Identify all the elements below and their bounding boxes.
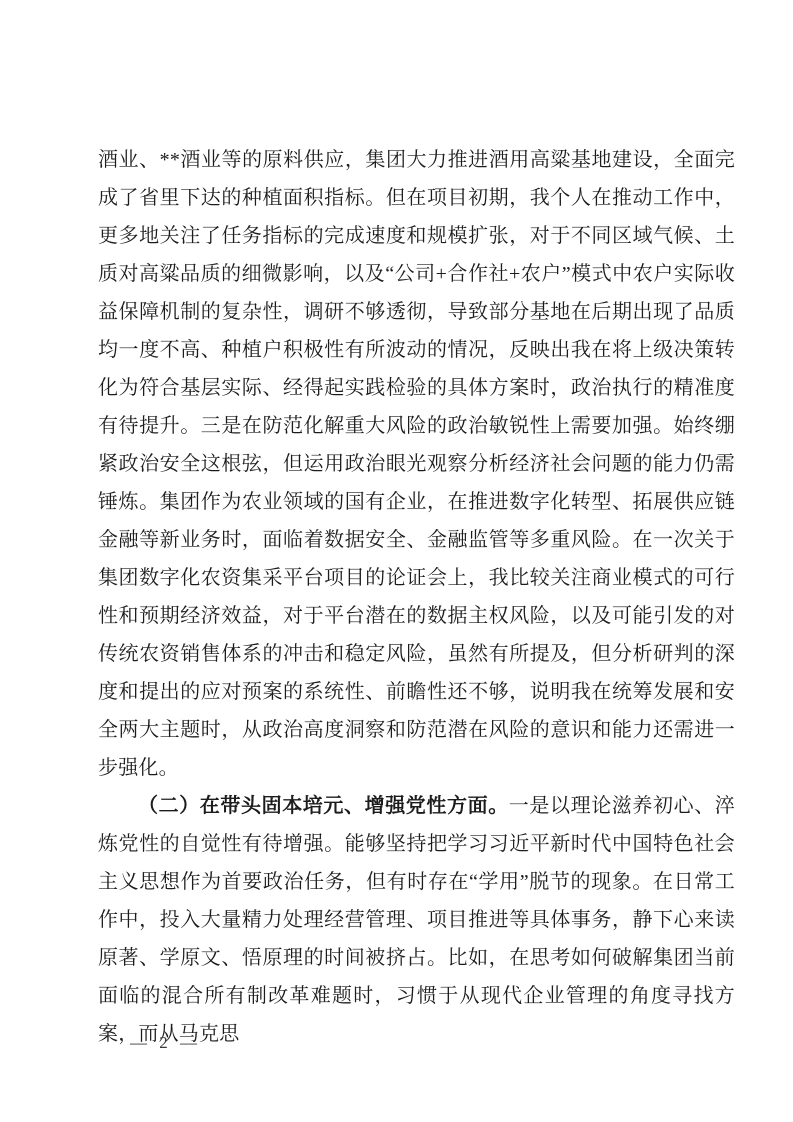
continuation-paragraph: 酒业、**酒业等的原料供应，集团大力推进酒用高粱基地建设，全面完成了省里下达的种… — [98, 141, 735, 787]
section-2-paragraph: （二）在带头固本培元、增强党性方面。一是以理论滋养初心、淬炼党性的自觉性有待增强… — [98, 787, 735, 1053]
document-body: 酒业、**酒业等的原料供应，集团大力推进酒用高粱基地建设，全面完成了省里下达的种… — [98, 141, 735, 1053]
section-2-heading: （二）在带头固本培元、增强党性方面。 — [138, 795, 509, 817]
page-number: — 2 — — [130, 1033, 201, 1053]
section-2-text: 一是以理论滋养初心、淬炼党性的自觉性有待增强。能够坚持把学习习近平新时代中国特色… — [98, 795, 735, 1045]
document-page: 酒业、**酒业等的原料供应，集团大力推进酒用高粱基地建设，全面完成了省里下达的种… — [0, 0, 793, 1122]
